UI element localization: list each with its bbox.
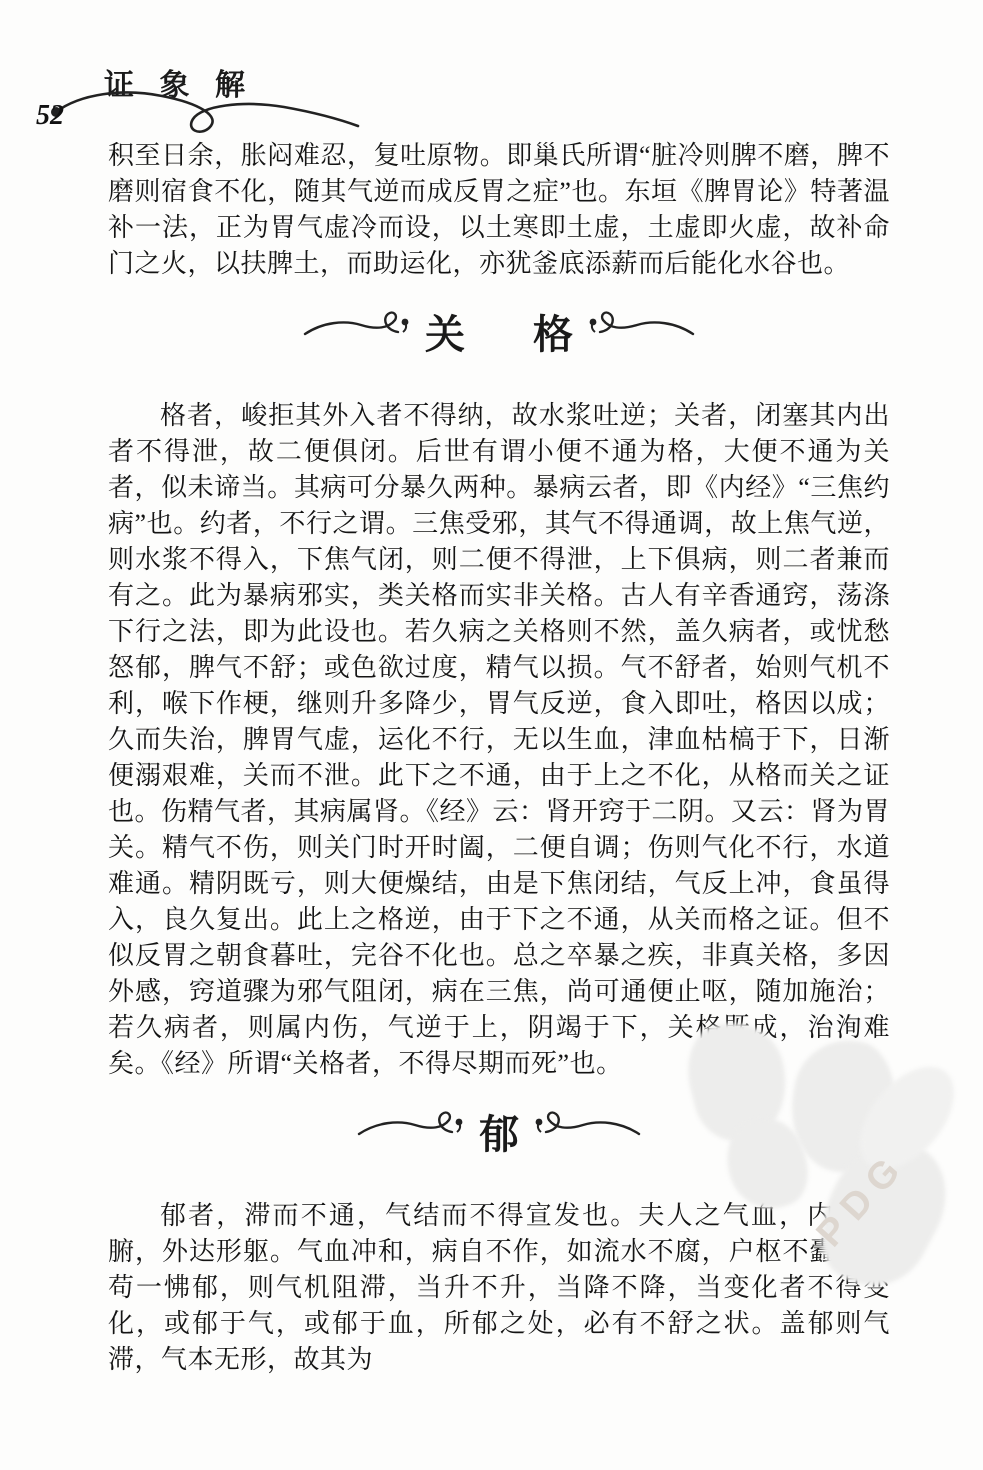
scanned-book-page: 证象解 52 积至日余，胀闷难忍，复吐原物。即巢氏所谓“脏冷则脾不磨，脾不磨则宿… bbox=[0, 0, 983, 1470]
section-title: 郁 bbox=[479, 1103, 519, 1160]
section-ornament-left-icon bbox=[303, 308, 411, 354]
section-heading-yu: 郁 bbox=[108, 1102, 890, 1160]
section-ornament-right-icon bbox=[587, 308, 695, 354]
page-number: 52 bbox=[36, 100, 64, 132]
section-body-yu: 郁者，滞而不通，气结而不得宣发也。夫人之气血，内输脏腑，外达形躯。气血冲和，病自… bbox=[108, 1198, 890, 1378]
header-flourish-ornament bbox=[46, 86, 366, 142]
section-ornament-right-icon bbox=[533, 1108, 641, 1154]
text-column: 积至日余，胀闷难忍，复吐原物。即巢氏所谓“脏冷则脾不磨，脾不磨则宿食不化，随其气… bbox=[108, 138, 890, 1378]
intro-paragraph: 积至日余，胀闷难忍，复吐原物。即巢氏所谓“脏冷则脾不磨，脾不磨则宿食不化，随其气… bbox=[108, 138, 890, 282]
section-heading-guange: 关格 bbox=[108, 302, 890, 360]
section-body-guange: 格者，峻拒其外入者不得纳，故水浆吐逆；关者，闭塞其内出者不得泄，故二便俱闭。后世… bbox=[108, 398, 890, 1082]
section-ornament-left-icon bbox=[357, 1108, 465, 1154]
